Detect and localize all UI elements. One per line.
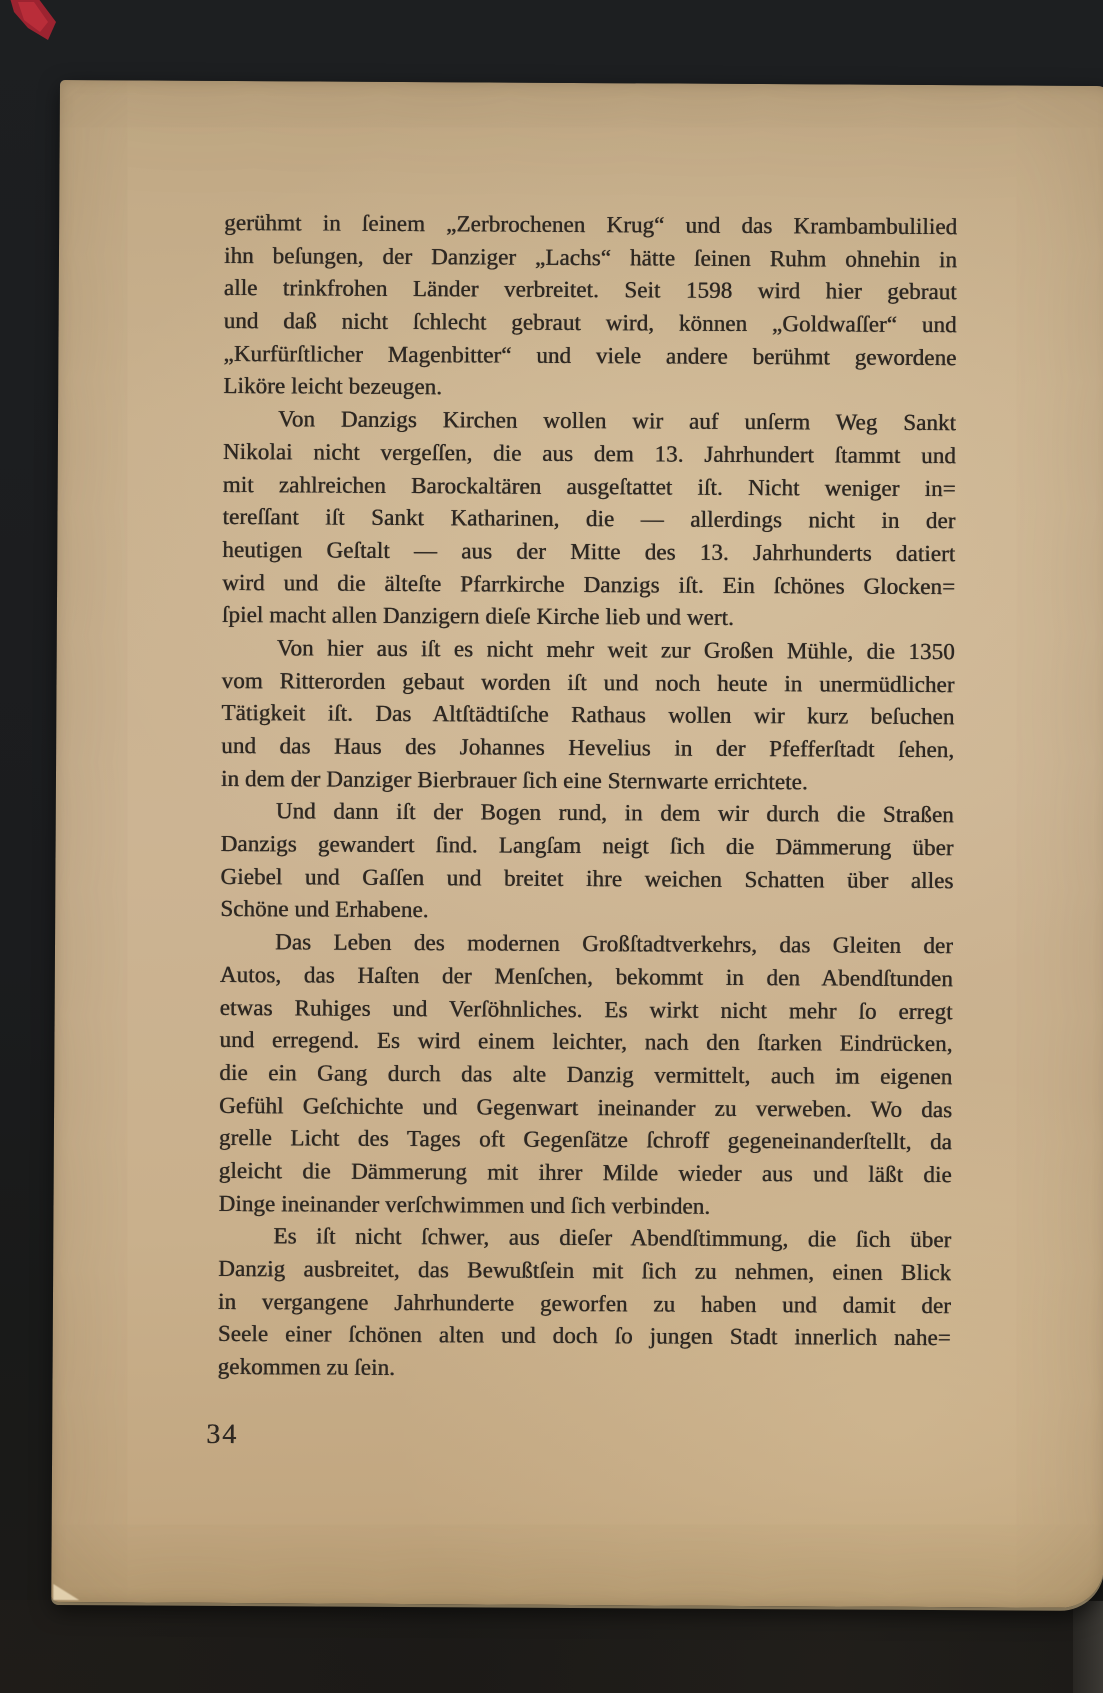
text-line: gerühmt in ſeinem „Zerbrochenen Krug“ un… <box>224 207 957 244</box>
text-line: gekommen zu ſein. <box>217 1351 950 1388</box>
text-line: Seele einer ſchönen alten und doch ſo ju… <box>218 1318 951 1355</box>
text-line: alle trinkfrohen Länder verbreitet. Seit… <box>224 272 957 309</box>
text-line: mit zahlreichen Barockaltären ausgeſtatt… <box>223 468 956 505</box>
text-line: Gefühl Geſchichte und Gegenwart ineinand… <box>219 1089 952 1126</box>
text-line: ſpiel macht allen Danzigern dieſe Kirche… <box>222 599 955 636</box>
text-line: Von hier aus iſt es nicht mehr weit zur … <box>222 632 955 669</box>
text-line: vom Ritterorden gebaut worden iſt und no… <box>221 665 954 702</box>
text-line: Liköre leicht bezeugen. <box>223 370 956 407</box>
text-line: und daß nicht ſchlecht gebraut wird, kön… <box>224 305 957 342</box>
page-number: 34 <box>206 1419 238 1451</box>
text-line: Dinge ineinander verſchwimmen und ſich v… <box>218 1188 951 1225</box>
table-surface-shadow <box>0 1600 1103 1693</box>
scanned-book-photo: gerühmt in ſeinem „Zerbrochenen Krug“ un… <box>0 0 1103 1693</box>
text-line: Danzigs gewandert ſind. Langſam neigt ſi… <box>221 828 954 865</box>
text-line: Schöne und Erhabene. <box>220 893 953 930</box>
text-line: Danzig ausbreitet, das Bewußtſein mit ſi… <box>218 1253 951 1290</box>
text-line: gleicht die Dämmerung mit ihrer Milde wi… <box>219 1155 952 1192</box>
book-page: gerühmt in ſeinem „Zerbrochenen Krug“ un… <box>51 80 1103 1608</box>
text-line: in dem der Danziger Bierbrauer ſich eine… <box>221 763 954 800</box>
red-corner-mark <box>4 0 70 62</box>
text-line: Giebel und Gaſſen und breitet ihre weich… <box>220 861 953 898</box>
text-line: etwas Ruhiges und Verſöhnliches. Es wirk… <box>220 991 953 1028</box>
text-line: in vergangene Jahrhunderte geworfen zu h… <box>218 1286 951 1323</box>
text-line: und erregend. Es wird einem leichter, na… <box>219 1024 952 1061</box>
page-corner-fold <box>53 1584 79 1600</box>
text-line: tereſſant iſt Sankt Katharinen, die — al… <box>222 501 955 538</box>
body-text: gerühmt in ſeinem „Zerbrochenen Krug“ un… <box>217 207 957 1388</box>
text-line: die ein Gang durch das alte Danzig vermi… <box>219 1057 952 1094</box>
text-line: Tätigkeit iſt. Das Altſtädtiſche Rathaus… <box>221 697 954 734</box>
text-line: wird und die älteſte Pfarrkirche Danzigs… <box>222 567 955 604</box>
text-line: ihn beſungen, der Danziger „Lachs“ hätte… <box>224 240 957 277</box>
text-line: Und dann iſt der Bogen rund, in dem wir … <box>221 795 954 832</box>
text-line: Das Leben des modernen Großſtadtverkehrs… <box>220 926 953 963</box>
text-line: heutigen Geſtalt — aus der Mitte des 13.… <box>222 534 955 571</box>
text-line: Von Danzigs Kirchen wollen wir auf unſer… <box>223 403 956 440</box>
text-line: Nikolai nicht vergeſſen, die aus dem 13.… <box>223 436 956 473</box>
text-line: Es iſt nicht ſchwer, aus dieſer Abendſti… <box>218 1220 951 1257</box>
text-line: und das Haus des Johannes Hevelius in de… <box>221 730 954 767</box>
text-line: „Kurfürſtlicher Magenbitter“ und viele a… <box>223 338 956 375</box>
text-line: grelle Licht des Tages oft Gegenſätze ſc… <box>219 1122 952 1159</box>
text-line: Autos, das Haſten der Menſchen, bekommt … <box>220 959 953 996</box>
book-edge-sliver <box>1073 1601 1103 1693</box>
